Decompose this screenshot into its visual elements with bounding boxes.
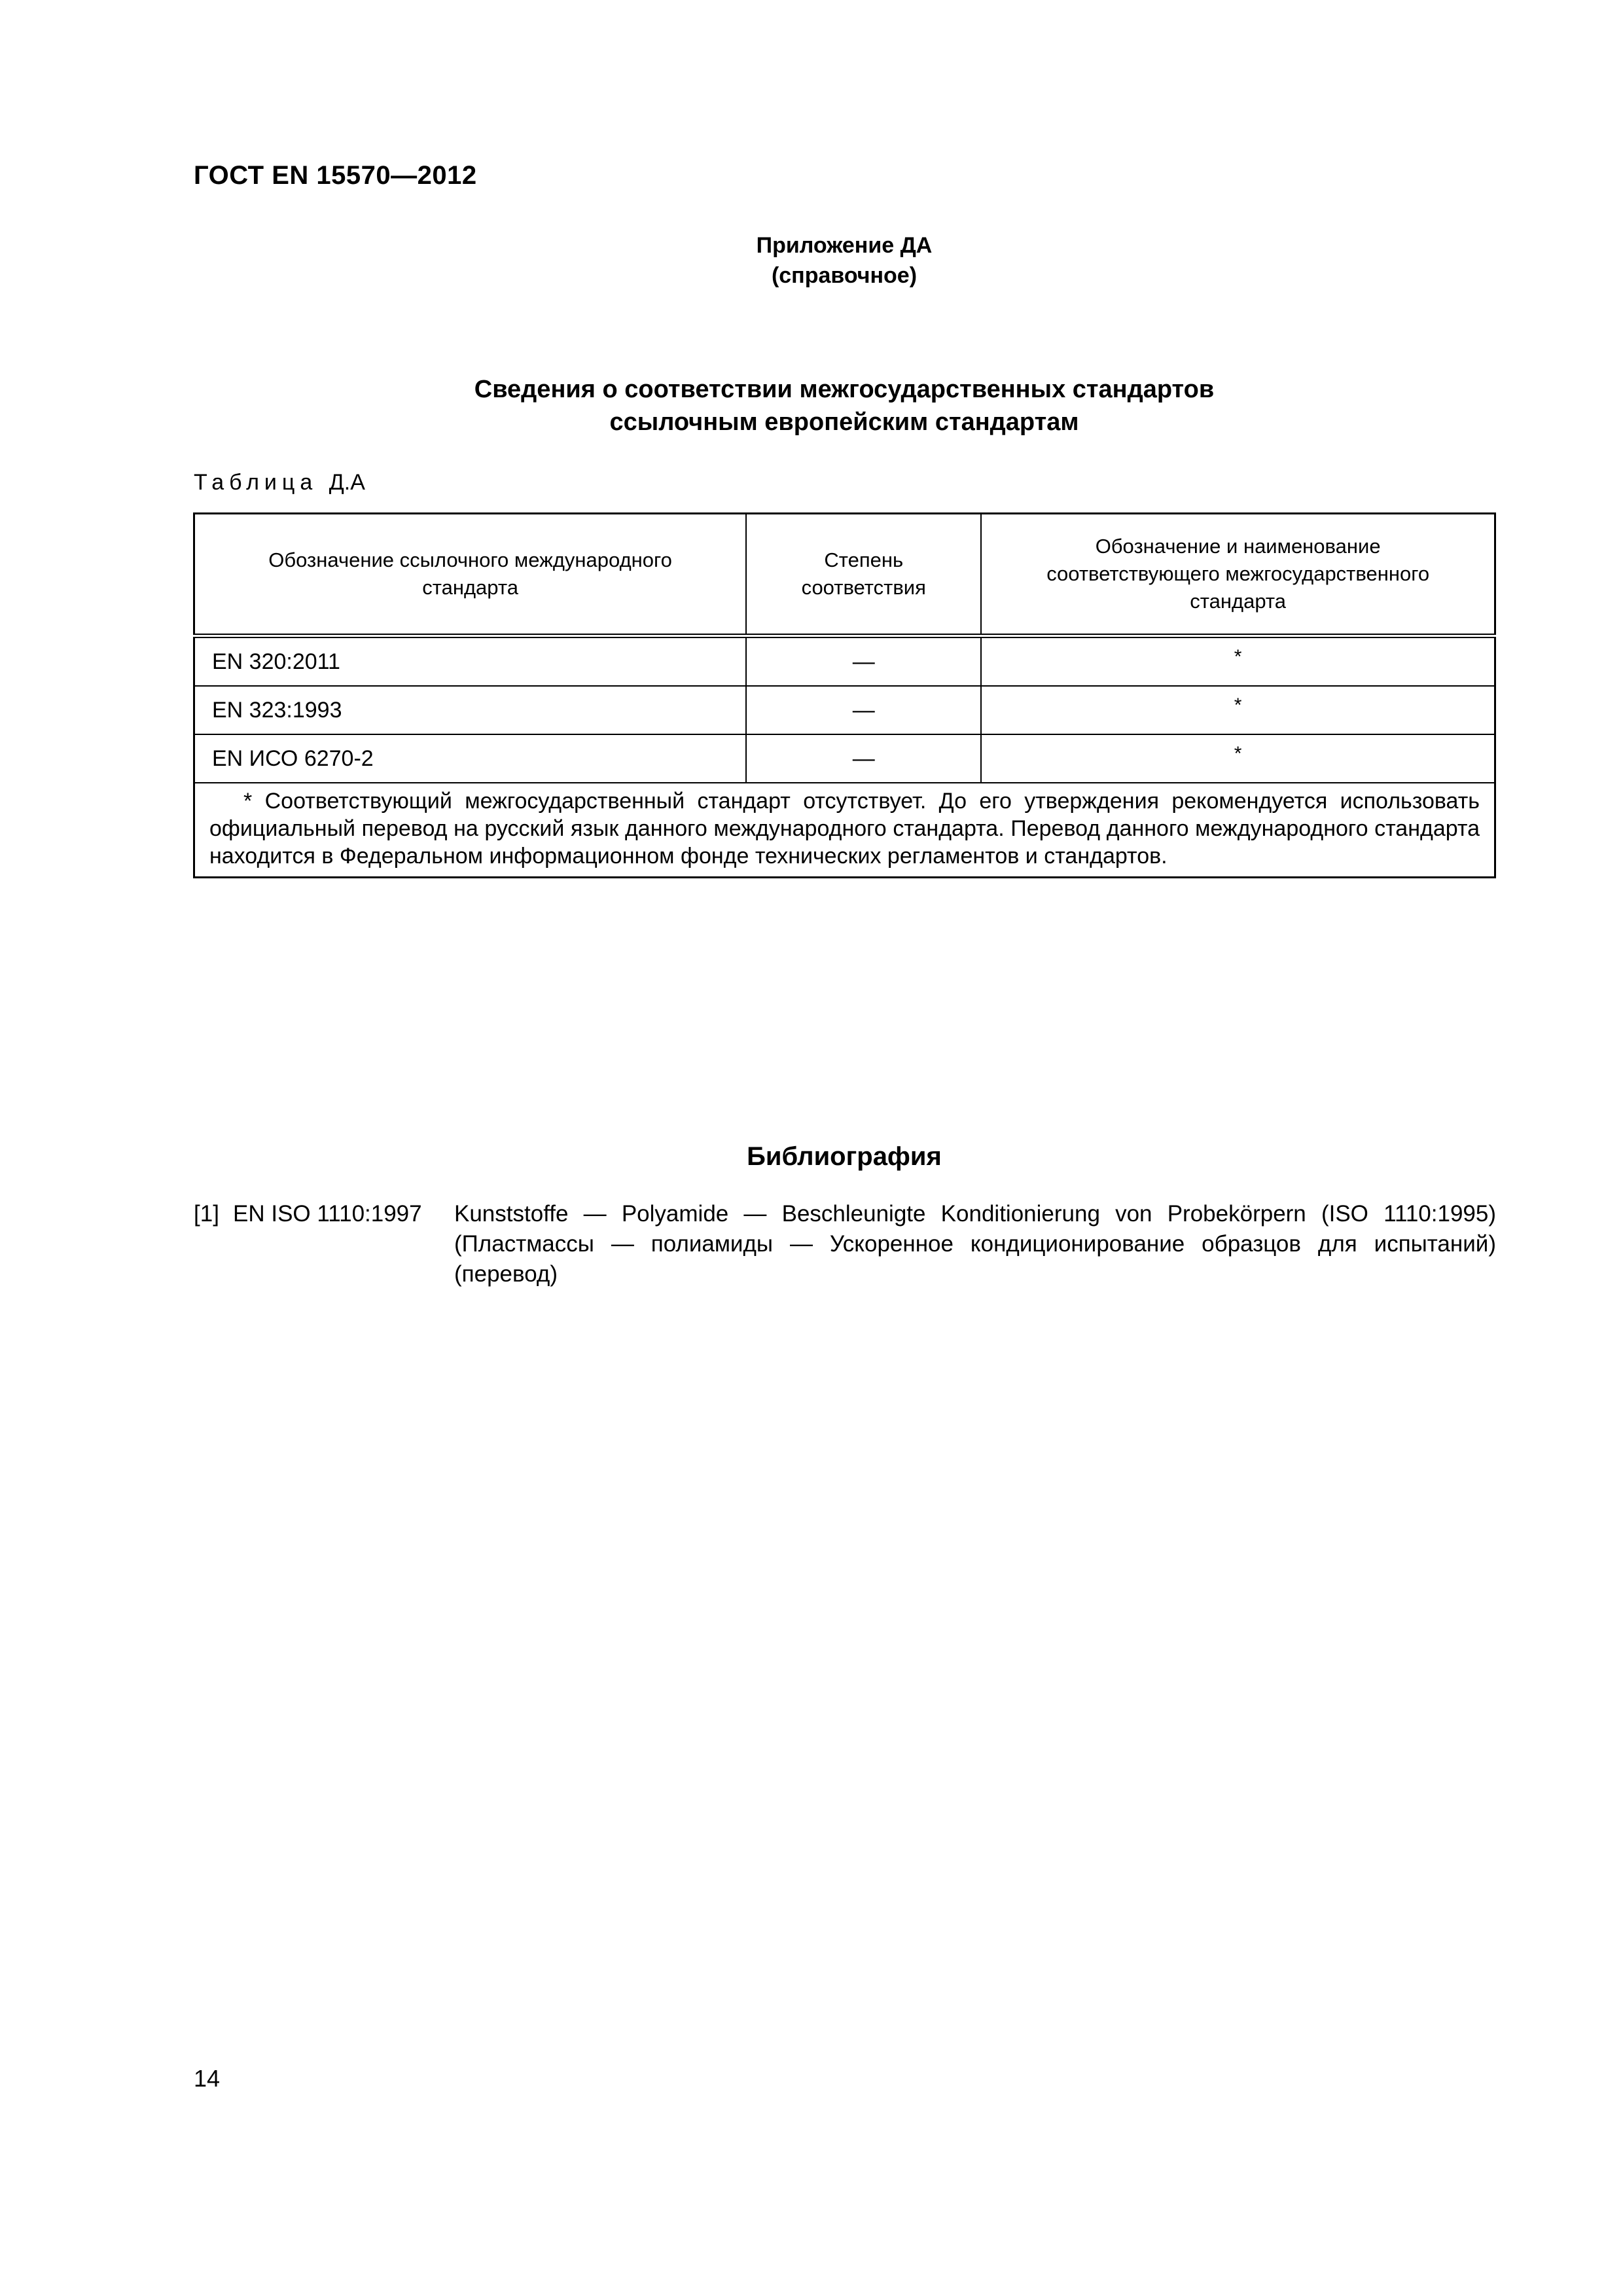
- column-header-interstate: Обозначение и наименование соответствующ…: [981, 514, 1495, 636]
- table-footnote: * Соответствующий межгосударственный ста…: [209, 787, 1480, 870]
- reference-standard-cell: EN 323:1993: [194, 686, 747, 734]
- interstate-standard-cell: *: [981, 734, 1495, 783]
- table-caption-code: Д.А: [329, 470, 365, 495]
- bibliography-title: Библиография: [0, 1142, 1623, 1172]
- bibliography-item-description: Kunststoffe — Polyamide — Beschleunigte …: [454, 1199, 1496, 1289]
- table-header-row: Обозначение ссылочного международного ст…: [194, 514, 1495, 636]
- table-footnote-row: * Соответствующий межгосударственный ста…: [194, 783, 1495, 878]
- bibliography-item-russian-title: (Пластмассы — полиамиды — Ускоренное кон…: [454, 1229, 1496, 1259]
- table-caption-word: Таблица: [194, 470, 317, 495]
- column-header-degree: Степень соответствия: [746, 514, 981, 636]
- section-heading-line1: Сведения о соответствии межгосударственн…: [0, 373, 1623, 406]
- table-row: EN ИСО 6270-2 — *: [194, 734, 1495, 783]
- appendix-title: Приложение ДА: [0, 230, 1623, 260]
- document-code: ГОСТ EN 15570—2012: [194, 161, 477, 190]
- column-header-degree-text: Степень соответствия: [785, 547, 942, 601]
- degree-cell: —: [746, 636, 981, 687]
- degree-cell: —: [746, 686, 981, 734]
- table-caption: Таблица Д.А: [194, 470, 365, 495]
- column-header-interstate-text: Обозначение и наименование соответствующ…: [1016, 533, 1461, 615]
- reference-standard-cell: EN ИСО 6270-2: [194, 734, 747, 783]
- standards-correspondence-table: Обозначение ссылочного международного ст…: [193, 512, 1496, 878]
- interstate-standard-cell: *: [981, 636, 1495, 687]
- table-row: EN 323:1993 — *: [194, 686, 1495, 734]
- column-header-reference: Обозначение ссылочного международного ст…: [194, 514, 747, 636]
- interstate-standard-cell: *: [981, 686, 1495, 734]
- section-heading-line2: ссылочным европейским стандартам: [0, 406, 1623, 439]
- table-row: EN 320:2011 — *: [194, 636, 1495, 687]
- table-footnote-cell: * Соответствующий межгосударственный ста…: [194, 783, 1495, 878]
- bibliography-item-original-title: Kunststoffe — Polyamide — Beschleunigte …: [454, 1199, 1496, 1229]
- reference-standard-cell: EN 320:2011: [194, 636, 747, 687]
- column-header-reference-text: Обозначение ссылочного международного ст…: [248, 547, 693, 601]
- bibliography-item-number: [1]: [194, 1199, 219, 1229]
- appendix-subtitle: (справочное): [0, 260, 1623, 291]
- bibliography-item-translation-note: (перевод): [454, 1259, 1496, 1289]
- bibliography-item-code: EN ISO 1110:1997: [233, 1199, 422, 1229]
- page-number: 14: [194, 2065, 220, 2092]
- degree-cell: —: [746, 734, 981, 783]
